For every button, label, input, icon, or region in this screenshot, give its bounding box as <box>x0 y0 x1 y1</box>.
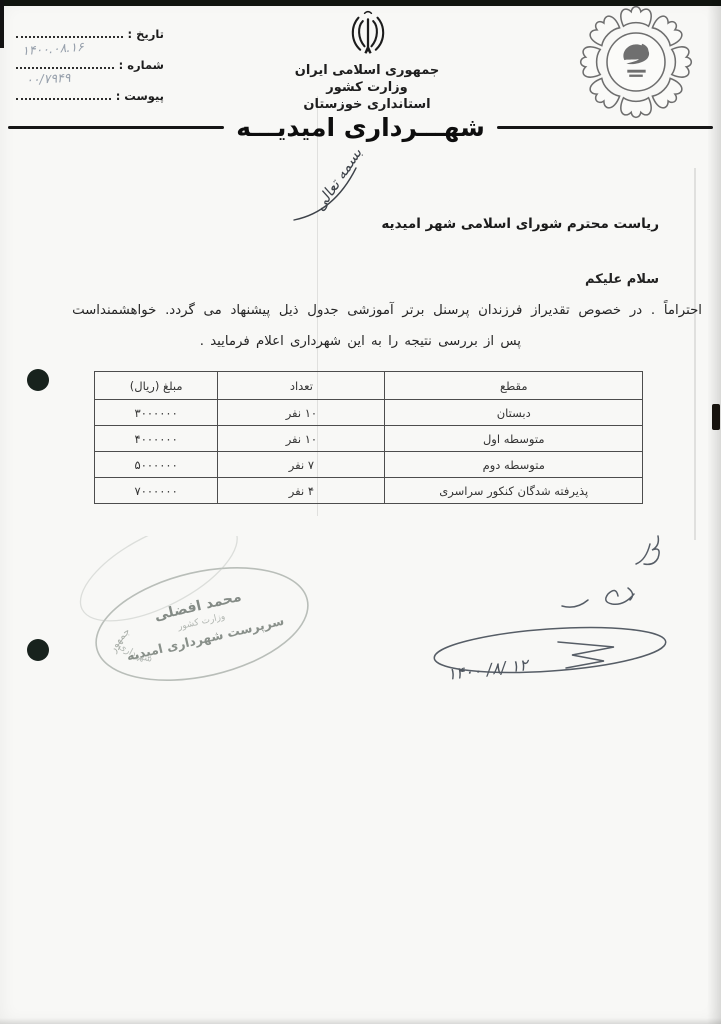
level-cell: متوسطه اول <box>385 426 643 452</box>
handwritten-number-value: ۰۰/۷۹۴۹ <box>26 70 71 87</box>
edge-smudge <box>712 404 720 430</box>
title-rule-right <box>497 126 713 129</box>
count-cell: ۴ نفر <box>218 478 385 504</box>
handwritten-note-2 <box>562 588 634 607</box>
body-paragraph-line2: پس از بررسی نتیجه را به این شهرداری اعلا… <box>200 334 521 349</box>
svg-text:بسمه تعالی: بسمه تعالی <box>310 144 365 214</box>
amount-cell: ۵۰۰۰۰۰۰ <box>95 452 218 478</box>
level-cell: پذیرفته شدگان کنکور سراسری <box>385 478 643 504</box>
count-cell: ۷ نفر <box>218 452 385 478</box>
letterhead-title-row: شهـــرداری امیدیـــه <box>8 113 713 142</box>
count-cell: ۱۰ نفر <box>218 400 385 426</box>
header-count: تعداد <box>218 372 385 400</box>
amount-cell: ۳۰۰۰۰۰۰ <box>95 400 218 426</box>
amount-cell: ۴۰۰۰۰۰۰ <box>95 426 218 452</box>
level-cell: دبستان <box>385 400 643 426</box>
salutation: سلام علیکم <box>585 272 659 287</box>
header-amount: مبلغ (ریال) <box>95 372 218 400</box>
scan-left-edge <box>0 0 4 48</box>
title-rule-left <box>8 126 224 129</box>
scan-right-shadow <box>707 0 721 1024</box>
header-level: مقطع <box>385 372 643 400</box>
punch-hole-top <box>27 369 49 391</box>
punch-hole-bottom <box>27 639 49 661</box>
body-paragraph-line1: احتراماً . در خصوص تقدیراز فرزندان پرسنل… <box>72 303 702 318</box>
table-row: متوسطه اول ۱۰ نفر ۴۰۰۰۰۰۰ <box>95 426 643 452</box>
org-line-country: جمهوری اسلامی ایران <box>262 62 472 79</box>
count-cell: ۱۰ نفر <box>218 426 385 452</box>
amount-cell: ۷۰۰۰۰۰۰ <box>95 478 218 504</box>
iran-emblem-icon <box>342 7 394 63</box>
org-line-ministry: وزارت کشور <box>262 79 472 96</box>
attachment-field-label: پیوست : <box>116 89 164 103</box>
reward-table: مقطع تعداد مبلغ (ریال) دبستان ۱۰ نفر ۳۰۰… <box>94 371 643 504</box>
scanned-letter-page: تاریخ : شماره : پیوست : ۱۴۰۰.۰۸.۱۶ ۰۰/۷۹… <box>0 0 721 1024</box>
org-block: جمهوری اسلامی ایران وزارت کشور استانداری… <box>262 62 472 113</box>
org-line-governorate: استانداری خوزستان <box>262 96 472 113</box>
table-row: متوسطه دوم ۷ نفر ۵۰۰۰۰۰۰ <box>95 452 643 478</box>
municipality-logo-icon <box>578 4 694 120</box>
table-row: دبستان ۱۰ نفر ۳۰۰۰۰۰۰ <box>95 400 643 426</box>
attachment-dotted-line <box>16 96 111 100</box>
recipient-line: ریاست محترم شورای اسلامی شهر امیدیه <box>381 216 659 232</box>
handwritten-note-1 <box>636 536 659 564</box>
number-field-label: شماره : <box>119 58 164 72</box>
scan-bottom-shadow <box>0 1018 721 1024</box>
level-cell: متوسطه دوم <box>385 452 643 478</box>
number-dotted-line <box>16 65 114 69</box>
number-field: شماره : <box>16 55 164 72</box>
attachment-field: پیوست : <box>16 86 164 103</box>
table-row: پذیرفته شدگان کنکور سراسری ۴ نفر ۷۰۰۰۰۰۰ <box>95 478 643 504</box>
fold-crease-right <box>694 168 696 540</box>
svg-text:شهرداری امیدیه - تأسیس: شهرداری امیدیه - تأسیس <box>76 541 156 682</box>
date-field-label: تاریخ : <box>128 27 164 41</box>
page-title: شهـــرداری امیدیـــه <box>236 113 485 142</box>
official-stamp: جمهوری اسلامی ایران شهرداری امیدیه - تأس… <box>76 536 328 696</box>
table-header-row: مقطع تعداد مبلغ (ریال) <box>95 372 643 400</box>
signature-scribble <box>398 522 698 687</box>
date-dotted-line <box>16 34 123 38</box>
date-field: تاریخ : <box>16 24 164 41</box>
